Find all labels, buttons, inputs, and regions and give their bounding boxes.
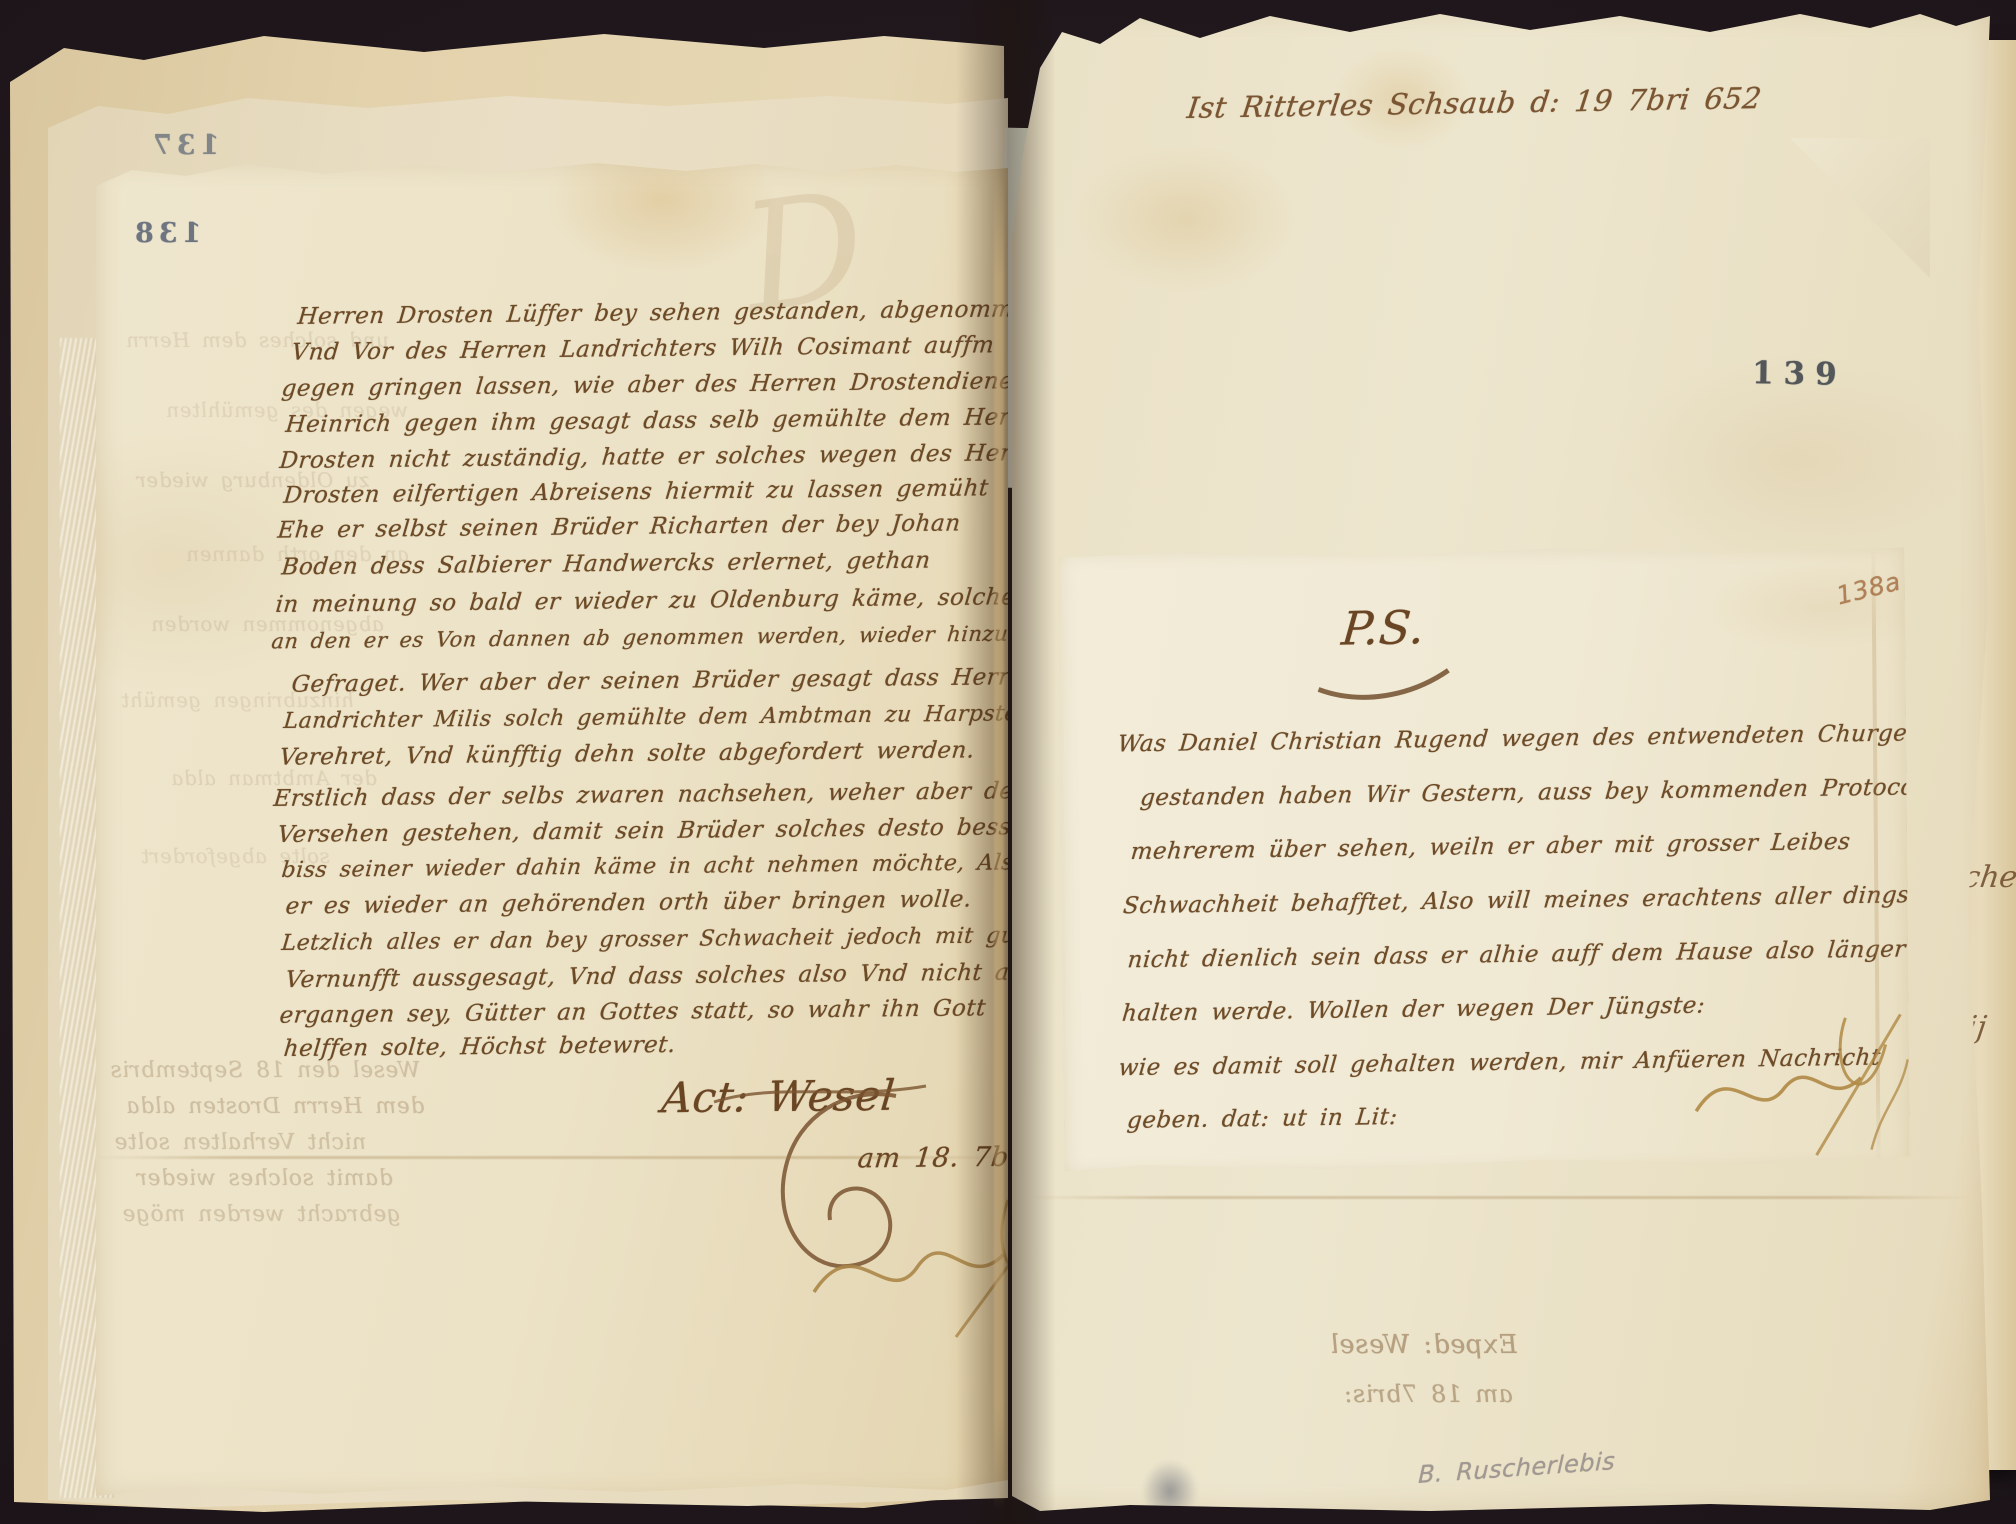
- letter-line: Landrichter Milis solch gemühlte dem Amb…: [282, 701, 1043, 734]
- letter-line: biss seiner wieder dahin käme in acht ne…: [280, 850, 1057, 883]
- pencil-annotation: B. Ruscherlebis: [1418, 1447, 1616, 1489]
- showthrough-line: dem Herrn Drosten alda: [125, 1094, 426, 1119]
- page-number-stamp-138-mirrored: 138: [130, 218, 201, 249]
- showthrough-line: damit solches wieder: [135, 1166, 394, 1191]
- archivist-header-annotation: Ist Ritterles Schsaub d: 19 7bri 652: [1185, 81, 1764, 125]
- letter-line: an den er es Von dannen ab genommen werd…: [270, 621, 1103, 654]
- letter-line: Drosten eilfertigen Abreisens hiermit zu…: [282, 475, 990, 508]
- note-line: Schwachheit behafftet, Also will meines …: [1122, 882, 1911, 919]
- corner-fold-crease: [1790, 138, 1930, 278]
- note-line: Was Daniel Christian Rugend wegen des en…: [1117, 719, 1992, 757]
- letter-line: Ehe er selbst seinen Brüder Richarten de…: [276, 510, 961, 543]
- showthrough-line: nicht Verhalten solte: [113, 1130, 368, 1155]
- letter-line: Letzlich alles er dan bey grosser Schwac…: [280, 923, 1050, 956]
- page-number-stamp-139: 139: [1752, 355, 1847, 393]
- horizontal-fold-crease: [96, 1156, 1008, 1159]
- note-line: gestanden haben Wir Gestern, auss bey ko…: [1139, 773, 1990, 811]
- letter-line: in meinung so bald er wieder zu Oldenbur…: [274, 584, 1028, 618]
- letter-line: Verehret, Vnd künfftig dehn solte abgefo…: [278, 737, 976, 770]
- letter-line: Drosten nicht zuständig, hatte er solche…: [278, 440, 1039, 474]
- note-line: mehrerem über sehen, weiln er aber mit g…: [1130, 829, 1852, 865]
- letter-line: Erstlich dass der selbs zwaren nachsehen…: [272, 778, 1026, 812]
- letter-line: gegen gringen lassen, wie aber des Herre…: [280, 368, 1026, 402]
- ps-swash-icon: [1310, 644, 1461, 705]
- showthrough-line: gebracht werden möge: [121, 1202, 403, 1227]
- bottom-showthrough-line: Exped: Wesel: [1328, 1330, 1519, 1360]
- gutter-fold-line: [994, 170, 1004, 1510]
- letter-line: ergangen sey, Gütter an Gottes statt, so…: [278, 995, 987, 1028]
- letter-line: Vnd Vor des Herren Landrichters Wilh Cos…: [290, 332, 995, 365]
- note-line: geben. dat: ut in Lit:: [1126, 1104, 1399, 1134]
- horizontal-fold-crease: [1030, 1196, 1970, 1199]
- letter-line: Herren Drosten Lüffer bey sehen gestande…: [296, 296, 1044, 330]
- letter-line: Versehen gestehen, damit sein Brüder sol…: [276, 814, 1038, 848]
- bottom-showthrough-line: am 18 7bris:: [1343, 1380, 1515, 1408]
- ink-smudge: [1142, 1460, 1198, 1522]
- attached-note: P.S. Was Daniel Christian Rugend wegen d…: [1059, 544, 1909, 1175]
- note-line: nicht dienlich sein dass er alhie auff d…: [1126, 936, 1957, 974]
- manuscript-scan: 137 C S t sche bij ig Ist Ritterles Schs…: [0, 0, 2016, 1524]
- letter-line: Gefraget. Wer aber der seinen Brüder ges…: [290, 664, 1011, 698]
- letter-line: Boden dess Salbierer Handwercks erlernet…: [280, 548, 931, 581]
- showthrough-line: Wesel den 18 Septembris: [109, 1058, 421, 1083]
- letter-line: er es wieder an gehörenden orth über bri…: [284, 886, 973, 919]
- page-number-stamp-137-mirrored: 137: [148, 130, 219, 161]
- note-line: halten werde. Wollen der wegen Der Jüngs…: [1121, 993, 1706, 1027]
- right-page: Ist Ritterles Schsaub d: 19 7bri 652 139…: [1010, 8, 1990, 1513]
- letter-line: Vernunfft aussgesagt, Vnd dass solches a…: [284, 959, 1079, 993]
- left-page: 138 D und solches dem Herrn wegen des ge…: [96, 160, 1008, 1498]
